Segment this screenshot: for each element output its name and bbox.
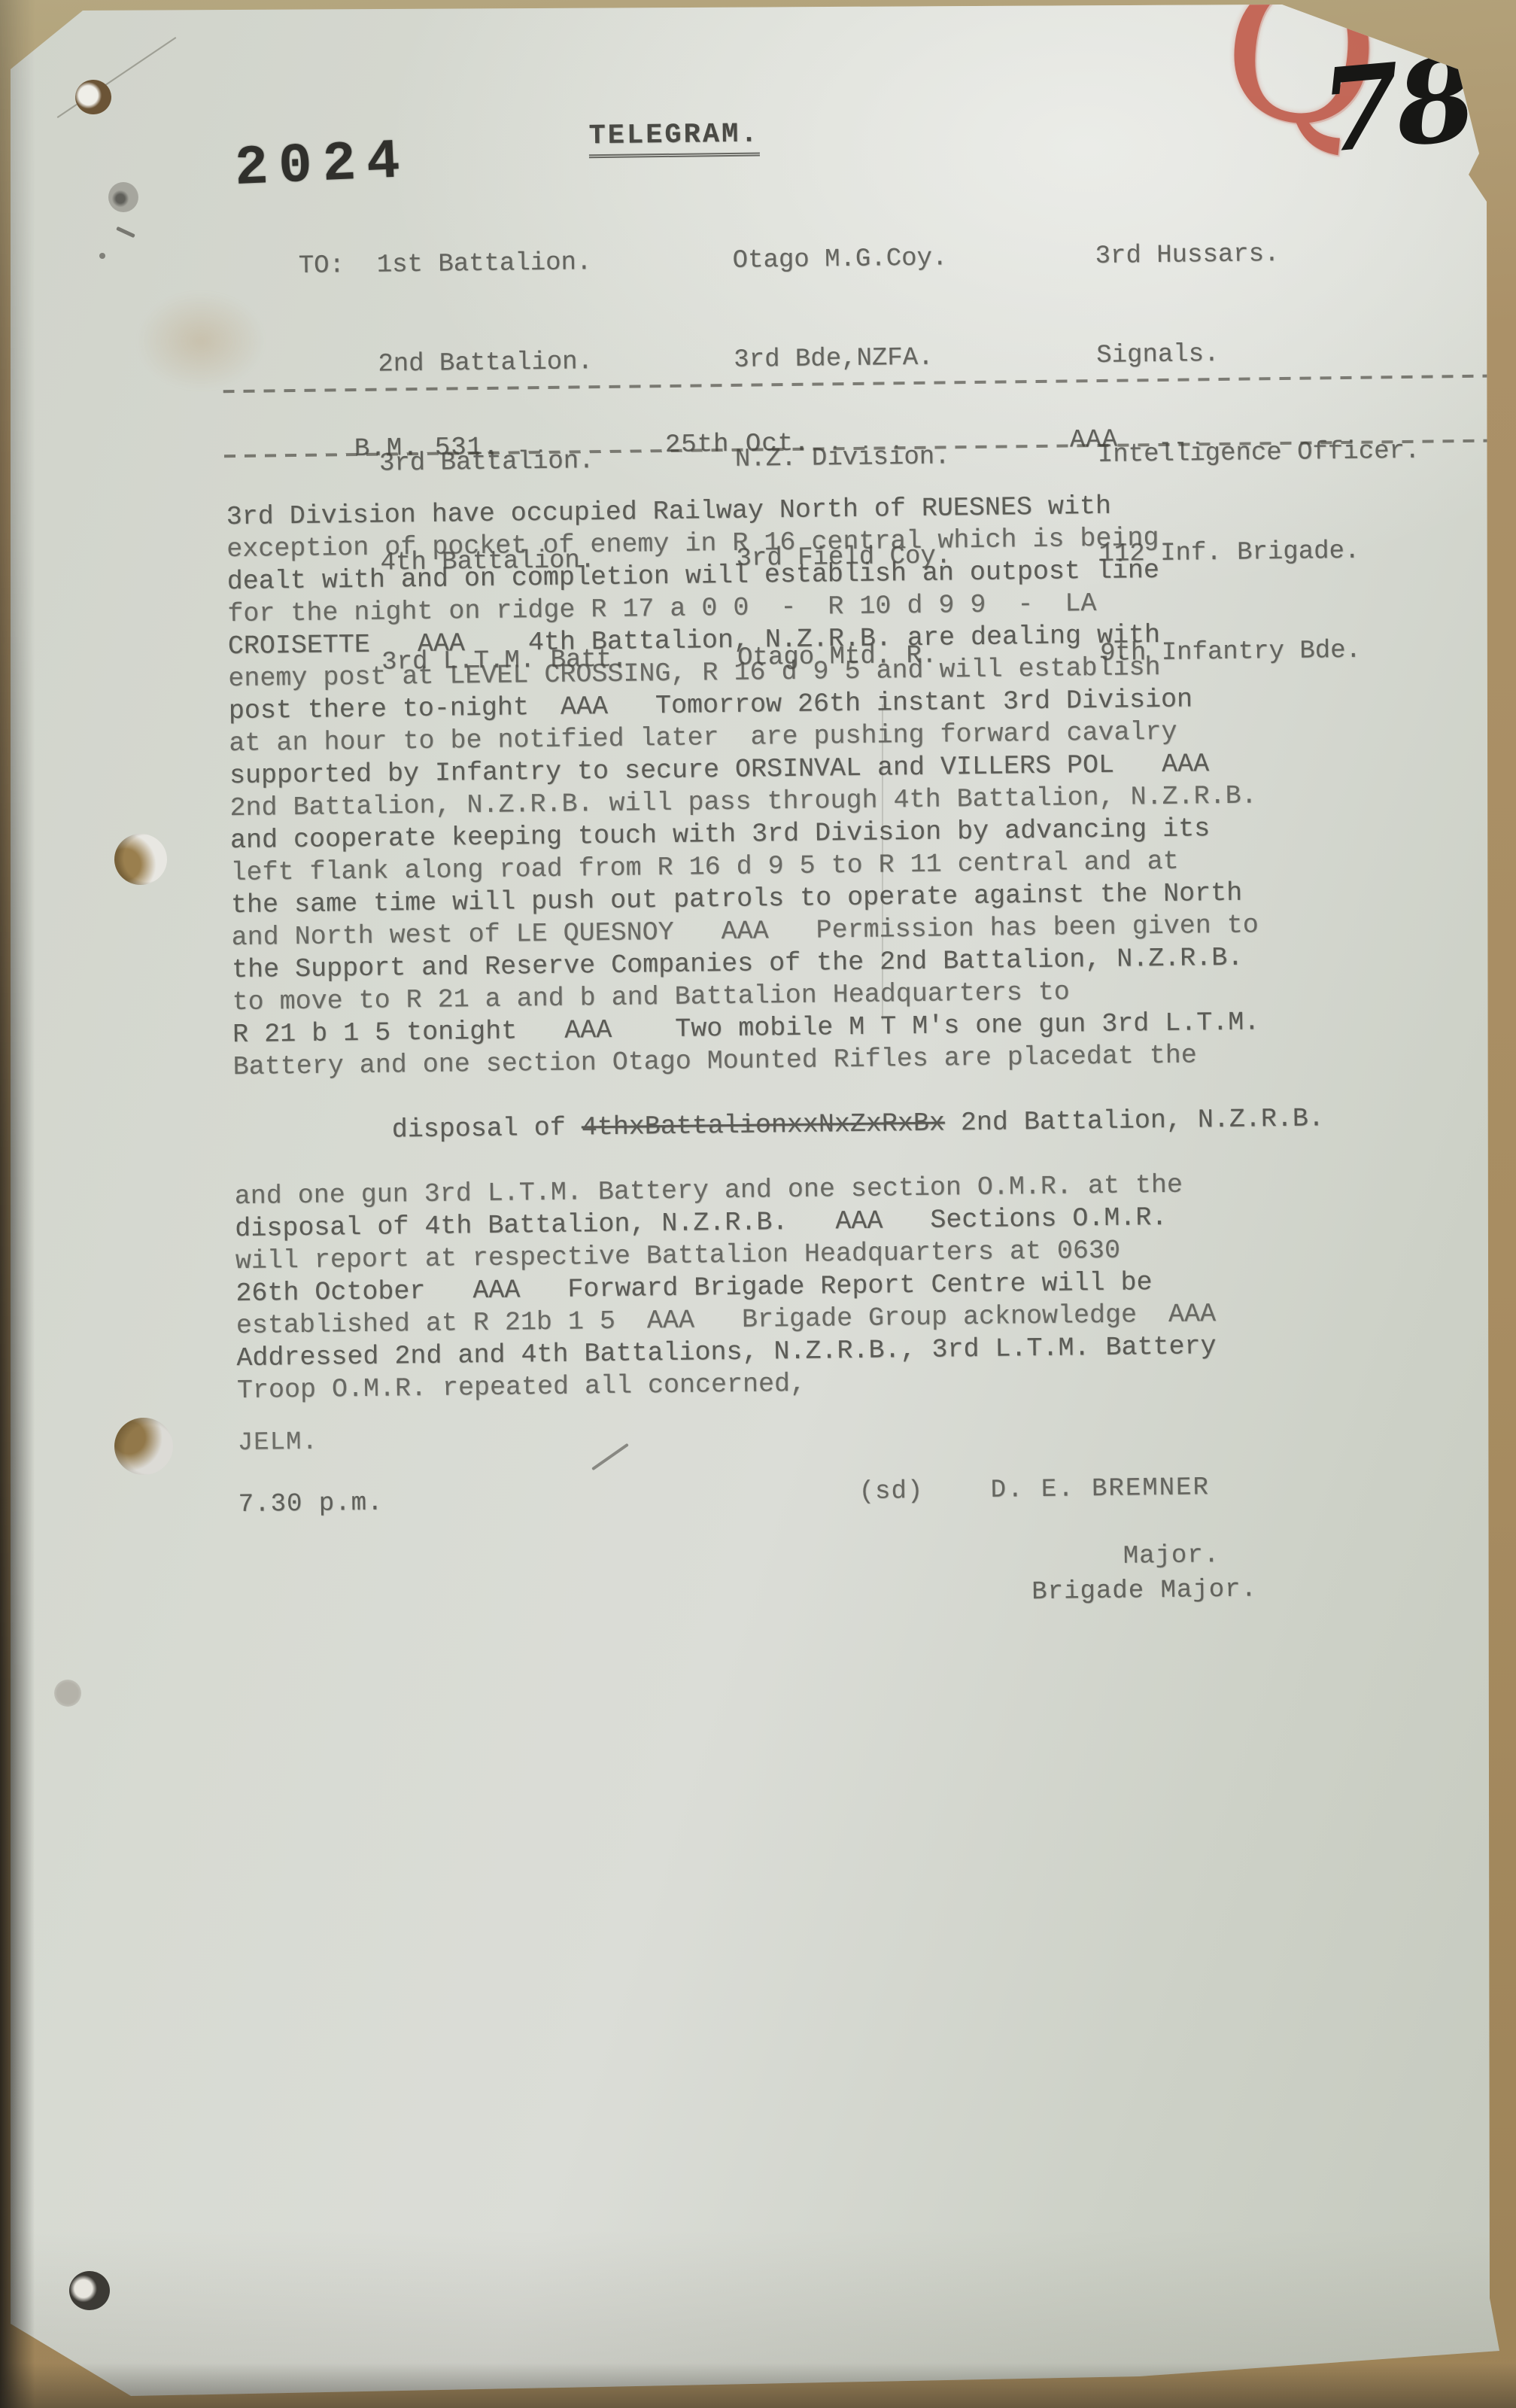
signed-abbrev: (sd) [858, 1477, 923, 1507]
signatory-position: Brigade Major. [1031, 1576, 1257, 1607]
typist-initials: JELM. [238, 1428, 318, 1458]
document-title: TELEGRAM. [588, 118, 759, 158]
typed-content: TELEGRAM. TO:1st Battalion.Otago M.G.Coy… [4, 0, 1516, 2400]
scanned-telegram-page: 2024 Q 78 TELEGRAM. TO:1st Battalion.Ota… [0, 0, 1516, 2408]
addressee-row: TO:1st Battalion.Otago M.G.Coy.3rd Hussa… [144, 203, 1418, 318]
reference-date: 25th Oct. [665, 426, 1070, 460]
addressee-label: TO: [298, 249, 377, 283]
time-sent: 7.30 p.m. [238, 1489, 384, 1519]
reference-aaa: AAA [1070, 426, 1119, 455]
addressee-row: 2nd Battalion.3rd Bde,NZFA.Signals. [146, 303, 1420, 418]
signatory-rank: Major. [1123, 1541, 1220, 1571]
reference-serial: B.M. 531. [354, 431, 665, 464]
paper-sheet: 2024 Q 78 TELEGRAM. TO:1st Battalion.Ota… [11, 5, 1504, 2397]
body-line-with-strikeout: disposal of 4thxBattalionxxNxZxRxBx 2nd … [233, 1070, 1325, 1181]
blue-ink-mark [1475, 4, 1485, 27]
strikethrough-text: 4thxBattalionxxNxZxRxBx [582, 1108, 946, 1143]
signatory-name: D. E. BREMNER [990, 1473, 1210, 1505]
message-body: 3rd Division have occupied Railway North… [226, 488, 1328, 1407]
